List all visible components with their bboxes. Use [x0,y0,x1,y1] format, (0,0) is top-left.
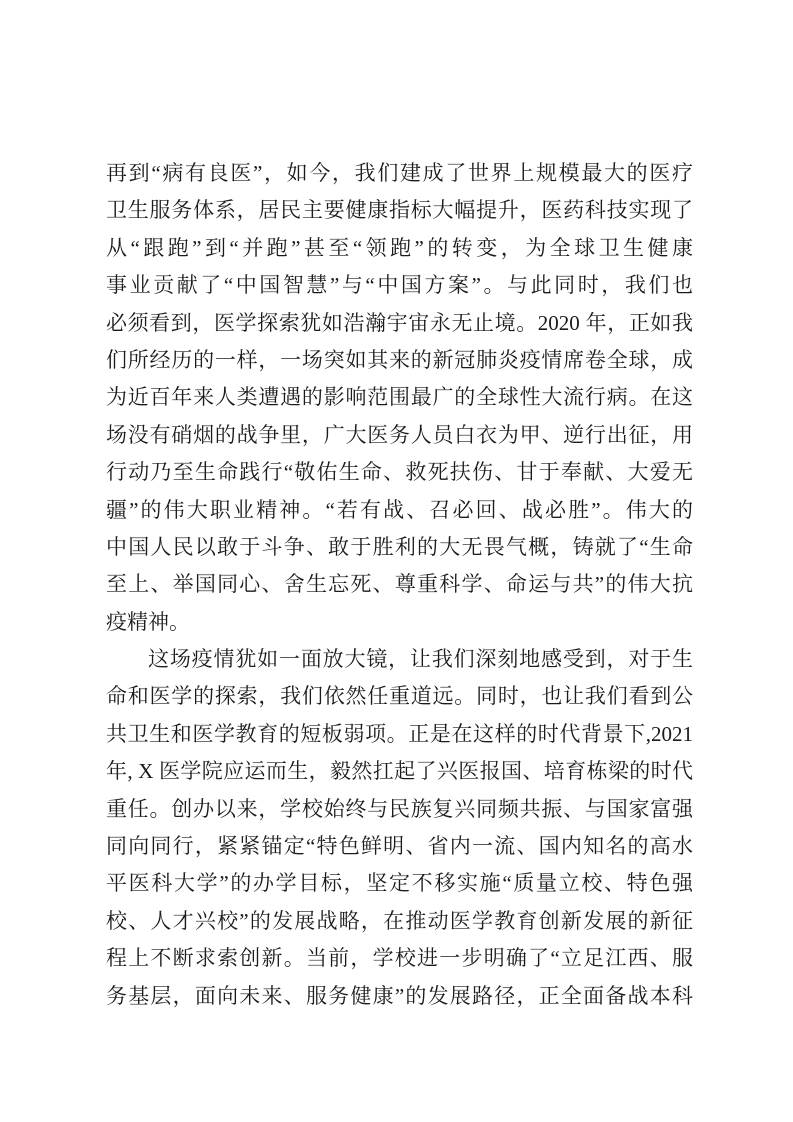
text-line: 行动乃至生命践行“敬佑生命、救死扶伤、甘于奉献、大爱无 [106,454,693,491]
text-line: 们所经历的一样，一场突如其来的新冠肺炎疫情席卷全球，成 [106,342,693,379]
text-line: 中国人民以敢于斗争、敢于胜利的大无畏气概，铸就了“生命 [106,529,693,566]
text-line: 这场疫情犹如一面放大镜，让我们深刻地感受到，对于生 [106,641,693,678]
document-body-text: 再到“病有良医”，如今，我们建成了世界上规模最大的医疗 卫生服务体系，居民主要健… [106,155,693,1015]
text-line: 同向同行，紧紧锚定“特色鲜明、省内一流、国内知名的高水 [106,828,693,865]
text-line: 再到“病有良医”，如今，我们建成了世界上规模最大的医疗 [106,155,693,192]
text-line: 共卫生和医学教育的短板弱项。正是在这样的时代背景下,2021 [106,716,693,753]
text-line: 疆”的伟大职业精神。“若有战、召必回、战必胜”。伟大的 [106,492,693,529]
text-line: 至上、举国同心、舍生忘死、尊重科学、命运与共”的伟大抗 [106,566,693,603]
text-line: 平医科大学”的办学目标，坚定不移实施“质量立校、特色强 [106,865,693,902]
text-line: 必须看到，医学探索犹如浩瀚宇宙永无止境。2020 年，正如我 [106,305,693,342]
text-line: 命和医学的探索，我们依然任重道远。同时，也让我们看到公 [106,678,693,715]
text-line: 事业贡献了“中国智慧”与“中国方案”。与此同时，我们也 [106,267,693,304]
text-line: 为近百年来人类遭遇的影响范围最广的全球性大流行病。在这 [106,379,693,416]
text-line: 卫生服务体系，居民主要健康指标大幅提升，医药科技实现了 [106,192,693,229]
text-line: 重任。创办以来，学校始终与民族复兴同频共振、与国家富强 [106,791,693,828]
document-page: 再到“病有良医”，如今，我们建成了世界上规模最大的医疗 卫生服务体系，居民主要健… [0,0,793,1122]
text-line: 程上不断求索创新。当前，学校进一步明确了“立足江西、服 [106,940,693,977]
text-line: 场没有硝烟的战争里，广大医务人员白衣为甲、逆行出征，用 [106,417,693,454]
text-line: 年, X 医学院应运而生，毅然扛起了兴医报国、培育栋梁的时代 [106,753,693,790]
text-line: 从“跟跑”到“并跑”甚至“领跑”的转变，为全球卫生健康 [106,230,693,267]
text-line: 疫精神。 [106,604,693,641]
text-line: 校、人才兴校”的发展战略，在推动医学教育创新发展的新征 [106,903,693,940]
paragraph-1: 再到“病有良医”，如今，我们建成了世界上规模最大的医疗 卫生服务体系，居民主要健… [106,155,693,641]
paragraph-2: 这场疫情犹如一面放大镜，让我们深刻地感受到，对于生 命和医学的探索，我们依然任重… [106,641,693,1015]
text-line: 务基层，面向未来、服务健康”的发展路径，正全面备战本科 [106,978,693,1015]
